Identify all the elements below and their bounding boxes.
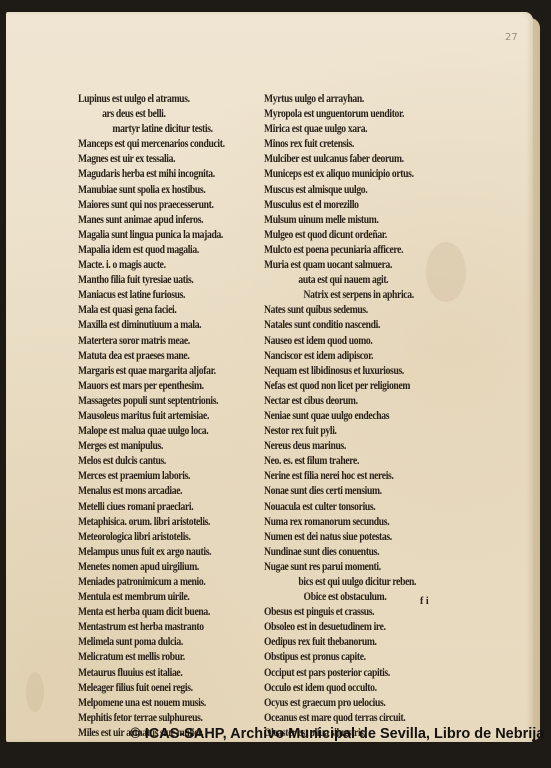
dictionary-entry: Magnes est uir ex tessalia. bbox=[78, 152, 225, 167]
dictionary-entry: Mulcto est poena pecuniaria afficere. bbox=[264, 243, 416, 258]
dictionary-entry: Neo. es. est filum trahere. bbox=[264, 454, 416, 469]
dictionary-entry: Margaris est quae margarita aljofar. bbox=[78, 364, 225, 379]
dictionary-entry: Obsoleo est in desuetudinem ire. bbox=[264, 620, 416, 635]
dictionary-entry: Melimela sunt poma dulcia. bbox=[78, 635, 225, 650]
dictionary-entry: Melicratum est mellis robur. bbox=[78, 650, 225, 665]
left-column: Lupinus est uulgo el atramus.ars deus es… bbox=[78, 92, 225, 756]
dictionary-entry: Nundinae sunt dies conuentus. bbox=[264, 545, 416, 560]
dictionary-entry: Occulo est idem quod occulto. bbox=[264, 681, 416, 696]
dictionary-entry: Manubiae sunt spolia ex hostibus. bbox=[78, 183, 225, 198]
dictionary-entry: Meniades patronimicum a menio. bbox=[78, 575, 225, 590]
dictionary-entry: Menalus est mons arcadiae. bbox=[78, 484, 225, 499]
dictionary-entry: Nectar est cibus deorum. bbox=[264, 394, 416, 409]
dictionary-entry: Nefas est quod non licet per religionem bbox=[264, 379, 416, 394]
dictionary-entry: Nerine est filia nerei hoc est nereis. bbox=[264, 469, 416, 484]
dictionary-entry: Myrtus uulgo el arrayhan. bbox=[264, 92, 416, 107]
dictionary-entry: Merges est manipulus. bbox=[78, 439, 225, 454]
dictionary-entry: Obesus est pinguis et crassus. bbox=[264, 605, 416, 620]
dictionary-entry: Mapalia idem est quod magalia. bbox=[78, 243, 225, 258]
dictionary-entry: Obice est obstaculum. bbox=[264, 590, 416, 605]
dictionary-entry: Melampus unus fuit ex argo nautis. bbox=[78, 545, 225, 560]
dictionary-entry: Mulciber est uulcanus faber deorum. bbox=[264, 152, 416, 167]
dictionary-entry: Neniae sunt quae uulgo endechas bbox=[264, 409, 416, 424]
dictionary-entry: Nestor rex fuit pyli. bbox=[264, 424, 416, 439]
dictionary-entry: Metaurus fluuius est italiae. bbox=[78, 666, 225, 681]
dictionary-entry: Metaphisica. orum. libri aristotelis. bbox=[78, 515, 225, 530]
dictionary-entry: Muria est quam uocant salmuera. bbox=[264, 258, 416, 273]
dictionary-entry: Matertera soror matris meae. bbox=[78, 334, 225, 349]
paper-stain bbox=[426, 242, 466, 302]
dictionary-entry: Lupinus est uulgo el atramus. bbox=[78, 92, 225, 107]
dictionary-entry: Mulsum uinum melle mistum. bbox=[264, 213, 416, 228]
dictionary-entry: Nates sunt quibus sedemus. bbox=[264, 303, 416, 318]
dictionary-entry: Ocyus est graecum pro uelocius. bbox=[264, 696, 416, 711]
dictionary-entry: Menetes nomen apud uirgilium. bbox=[78, 560, 225, 575]
dictionary-entry: Nanciscor est idem adipiscor. bbox=[264, 349, 416, 364]
copyright-notice: © ICAS-SAHP, Archivo Municipal de Sevill… bbox=[130, 726, 544, 742]
signature-mark: f i bbox=[420, 596, 429, 607]
dictionary-entry: Mala est quasi gena faciei. bbox=[78, 303, 225, 318]
dictionary-entry: Mentastrum est herba mastranto bbox=[78, 620, 225, 635]
dictionary-entry: Macte. i. o magis aucte. bbox=[78, 258, 225, 273]
dictionary-entry: Nouacula est culter tonsorius. bbox=[264, 500, 416, 515]
dictionary-entry: Mausoleus maritus fuit artemisiae. bbox=[78, 409, 225, 424]
dictionary-entry: martyr latine dicitur testis. bbox=[78, 122, 225, 137]
dictionary-entry: Numa rex romanorum secundus. bbox=[264, 515, 416, 530]
dictionary-entry: Mulgeo est quod dicunt ordeñar. bbox=[264, 228, 416, 243]
dictionary-entry: Maiores sunt qui nos praecesserunt. bbox=[78, 198, 225, 213]
dictionary-entry: Natrix est serpens in aphrica. bbox=[264, 288, 416, 303]
dictionary-entry: Matuta dea est praeses mane. bbox=[78, 349, 225, 364]
dictionary-entry: Natales sunt conditio nascendi. bbox=[264, 318, 416, 333]
dictionary-entry: Musculus est el morezillo bbox=[264, 198, 416, 213]
dictionary-entry: Malope est malua quae uulgo loca. bbox=[78, 424, 225, 439]
dictionary-entry: Nonae sunt dies certi mensium. bbox=[264, 484, 416, 499]
dictionary-entry: Mauors est mars per epenthesim. bbox=[78, 379, 225, 394]
dictionary-entry: auta est qui nauem agit. bbox=[264, 273, 416, 288]
paper-stain bbox=[26, 672, 44, 712]
dictionary-entry: Nugae sunt res parui momenti. bbox=[264, 560, 416, 575]
dictionary-entry: Metelli ciues romani praeclari. bbox=[78, 500, 225, 515]
dictionary-entry: Maxilla est diminutiuum a mala. bbox=[78, 318, 225, 333]
dictionary-entry: Mirica est quae uulgo xara. bbox=[264, 122, 416, 137]
right-column: Myrtus uulgo el arrayhan.Myropola est un… bbox=[264, 92, 416, 756]
dictionary-entry: Oedipus rex fuit thebanorum. bbox=[264, 635, 416, 650]
folio-number: 27 bbox=[505, 32, 518, 43]
dictionary-entry: Merces est praemium laboris. bbox=[78, 469, 225, 484]
dictionary-entry: Occiput est pars posterior capitis. bbox=[264, 666, 416, 681]
dictionary-entry: Mephitis fetor terrae sulphureus. bbox=[78, 711, 225, 726]
dictionary-entry: Magudaris herba est mihi incognita. bbox=[78, 167, 225, 182]
dictionary-entry: Nequam est libidinosus et luxuriosus. bbox=[264, 364, 416, 379]
dictionary-entry: Maniacus est latine furiosus. bbox=[78, 288, 225, 303]
dictionary-entry: Nauseo est idem quod uomo. bbox=[264, 334, 416, 349]
dictionary-entry: Obstipus est pronus capite. bbox=[264, 650, 416, 665]
dictionary-entry: Manes sunt animae apud inferos. bbox=[78, 213, 225, 228]
dictionary-entry: Manceps est qui mercenarios conducit. bbox=[78, 137, 225, 152]
dictionary-entry: Oceanus est mare quod terras circuit. bbox=[264, 711, 416, 726]
dictionary-entry: Melpomene una est nouem musis. bbox=[78, 696, 225, 711]
footer-bar bbox=[0, 742, 551, 768]
dictionary-entry: Municeps est ex aliquo municipio ortus. bbox=[264, 167, 416, 182]
dictionary-entry: Nereus deus marinus. bbox=[264, 439, 416, 454]
dictionary-entry: bics est qui uulgo dicitur reben. bbox=[264, 575, 416, 590]
dictionary-entry: Meteorologica libri aristotelis. bbox=[78, 530, 225, 545]
dictionary-entry: Mantho filia fuit tyresiae uatis. bbox=[78, 273, 225, 288]
dictionary-entry: Massagetes populi sunt septentrionis. bbox=[78, 394, 225, 409]
dictionary-entry: Numen est dei natus siue potestas. bbox=[264, 530, 416, 545]
dictionary-entry: Minos rex fuit cretensis. bbox=[264, 137, 416, 152]
dictionary-entry: Muscus est almisque uulgo. bbox=[264, 183, 416, 198]
dictionary-entry: Menta est herba quam dicit buena. bbox=[78, 605, 225, 620]
dictionary-entry: Meleager filius fuit oenei regis. bbox=[78, 681, 225, 696]
dictionary-entry: Melos est dulcis cantus. bbox=[78, 454, 225, 469]
dictionary-entry: ars deus est belli. bbox=[78, 107, 225, 122]
dictionary-entry: Magalia sunt lingua punica la majada. bbox=[78, 228, 225, 243]
dictionary-entry: Mentula est membrum uirile. bbox=[78, 590, 225, 605]
dictionary-entry: Myropola est unguentorum uenditor. bbox=[264, 107, 416, 122]
